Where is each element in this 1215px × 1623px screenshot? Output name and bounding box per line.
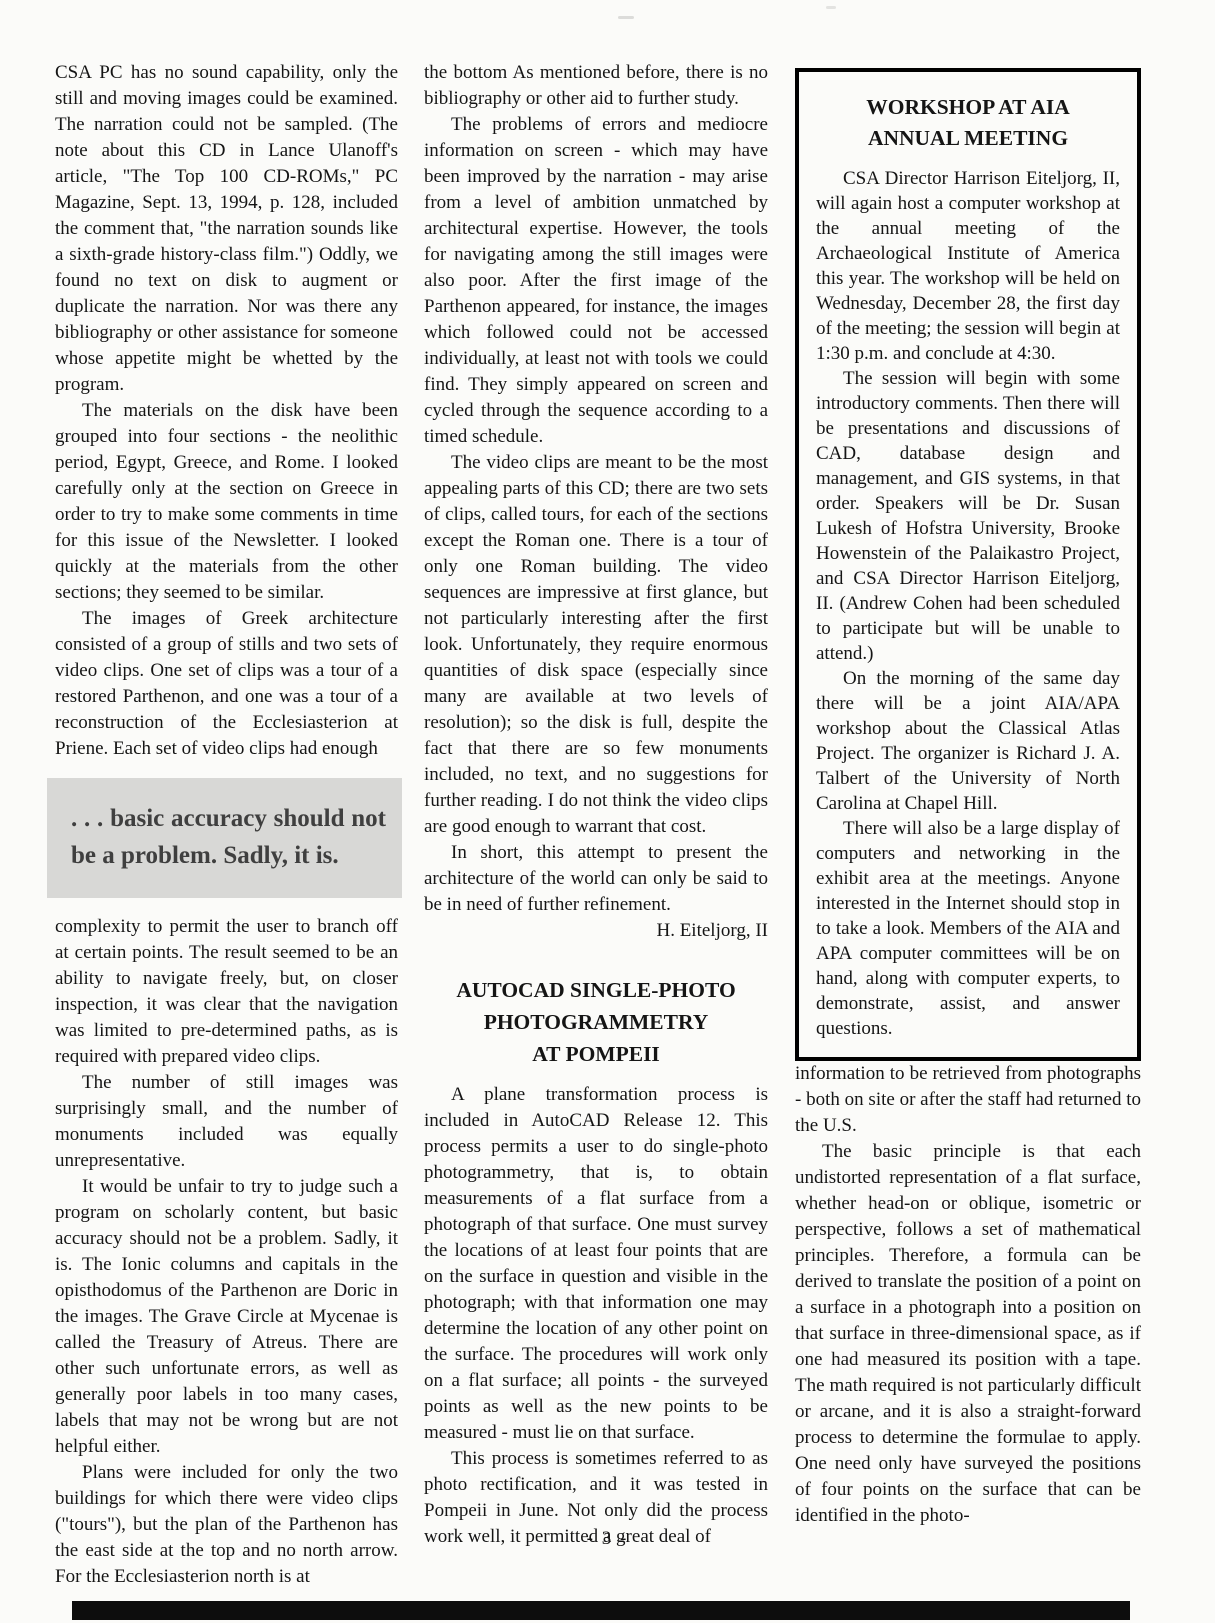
- body-paragraph: The session will begin with some introdu…: [816, 366, 1120, 666]
- body-paragraph: On the morning of the same day there wil…: [816, 666, 1120, 816]
- body-paragraph: The materials on the disk have been grou…: [55, 398, 398, 606]
- body-paragraph: the bottom As mentioned before, there is…: [424, 60, 768, 112]
- left-column: CSA PC has no sound capability, only the…: [55, 60, 398, 1590]
- workshop-box: WORKSHOP AT AIA ANNUAL MEETING CSA Direc…: [795, 68, 1141, 1061]
- body-paragraph: It would be unfair to try to judge such …: [55, 1174, 398, 1460]
- article-heading: AUTOCAD SINGLE-PHOTO PHOTOGRAMMETRY AT P…: [424, 974, 768, 1070]
- body-paragraph: In short, this attempt to present the ar…: [424, 840, 768, 918]
- scan-speck: [826, 6, 836, 9]
- workshop-box-heading: WORKSHOP AT AIA ANNUAL MEETING: [816, 92, 1120, 154]
- body-paragraph: CSA PC has no sound capability, only the…: [55, 60, 398, 398]
- body-paragraph: The basic principle is that each undisto…: [795, 1139, 1141, 1529]
- article-heading-line: AUTOCAD SINGLE-PHOTO: [424, 974, 768, 1006]
- bottom-scan-bar: [72, 1601, 1130, 1620]
- body-paragraph: The video clips are meant to be the most…: [424, 450, 768, 840]
- workshop-box-heading-line: WORKSHOP AT AIA: [816, 92, 1120, 123]
- newsletter-page: CSA PC has no sound capability, only the…: [0, 0, 1215, 1623]
- middle-column: the bottom As mentioned before, there is…: [424, 60, 768, 1550]
- scan-speck: [618, 16, 634, 19]
- body-paragraph: The images of Greek architecture consist…: [55, 606, 398, 762]
- body-paragraph: There will also be a large display of co…: [816, 816, 1120, 1041]
- article-heading-line: PHOTOGRAMMETRY: [424, 1006, 768, 1038]
- body-paragraph: CSA Director Harrison Eiteljorg, II, wil…: [816, 166, 1120, 366]
- workshop-box-heading-line: ANNUAL MEETING: [816, 123, 1120, 154]
- article-heading-line: AT POMPEII: [424, 1038, 768, 1070]
- body-paragraph: The problems of errors and mediocre info…: [424, 112, 768, 450]
- byline: H. Eiteljorg, II: [424, 918, 768, 944]
- body-paragraph: A plane transformation process is includ…: [424, 1082, 768, 1446]
- page-number: - 3 -: [0, 1528, 1215, 1550]
- body-paragraph: The number of still images was surprisin…: [55, 1070, 398, 1174]
- right-column: WORKSHOP AT AIA ANNUAL MEETING CSA Direc…: [795, 68, 1141, 1529]
- pull-quote: . . . basic accuracy should not be a pro…: [47, 778, 402, 898]
- body-paragraph: Plans were included for only the two bui…: [55, 1460, 398, 1590]
- body-paragraph: complexity to permit the user to branch …: [55, 914, 398, 1070]
- body-paragraph: information to be retrieved from photogr…: [795, 1061, 1141, 1139]
